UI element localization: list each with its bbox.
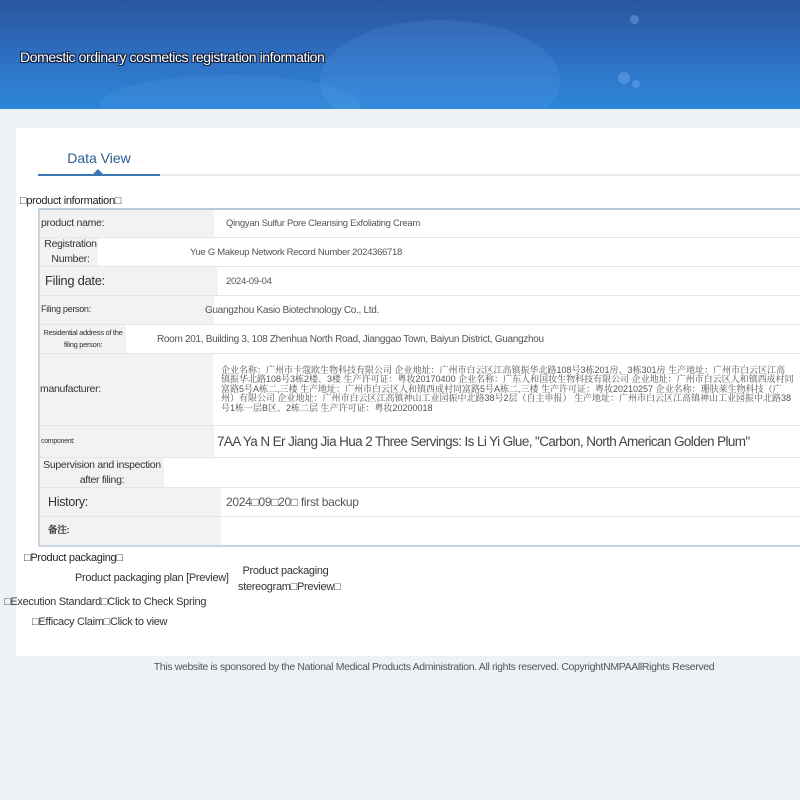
table-row: Supervision and inspection after filing: bbox=[40, 458, 800, 488]
tab-active-indicator bbox=[38, 174, 160, 176]
remarks-value bbox=[221, 517, 800, 545]
residential-address-value: Room 201, Building 3, 108 Zhenhua North … bbox=[157, 325, 800, 353]
row-label: product name: bbox=[40, 210, 214, 237]
table-row: component: 7AA Ya N Er Jiang Jia Hua 2 T… bbox=[40, 426, 800, 458]
table-row: Registration Number: Yue G Makeup Networ… bbox=[40, 238, 800, 267]
product-info-table: product name: Qingyan Sulfur Pore Cleans… bbox=[38, 208, 800, 547]
tab-data-view[interactable]: Data View bbox=[38, 150, 160, 166]
row-label: Filing person: bbox=[40, 296, 214, 324]
registration-number-value: Yue G Makeup Network Record Number 20243… bbox=[190, 238, 800, 266]
row-label: Residential address of the filing person… bbox=[40, 325, 126, 353]
row-label: component: bbox=[40, 426, 214, 457]
table-row: 备注: bbox=[40, 517, 800, 545]
table-row: Filing person: Guangzhou Kasio Biotechno… bbox=[40, 296, 800, 325]
section-product-information: □product information□ bbox=[20, 195, 121, 207]
efficacy-claim-link[interactable]: □Efficacy Claim□Click to view bbox=[32, 616, 167, 628]
table-row: Residential address of the filing person… bbox=[40, 325, 800, 354]
stereogram-line2: stereogram□Preview□ bbox=[238, 579, 333, 595]
page-title: Domestic ordinary cosmetics registration… bbox=[20, 49, 324, 65]
banner-decoration bbox=[632, 80, 640, 88]
footer-copyright: This website is sponsored by the Nationa… bbox=[0, 661, 800, 673]
banner-decoration bbox=[630, 15, 639, 24]
execution-standard-link[interactable]: □Execution Standard□Click to Check Sprin… bbox=[4, 596, 206, 608]
banner-decoration bbox=[320, 20, 560, 109]
manufacturer-value: 企业名称：广州市卡蔻欧生物科技有限公司 企业地址：广州市白云区江高镇振华北路10… bbox=[213, 354, 800, 425]
packaging-plan-preview-link[interactable]: Product packaging plan [Preview] bbox=[75, 572, 229, 584]
history-value: 2024□09□20□ first backup bbox=[221, 488, 800, 516]
table-row: product name: Qingyan Sulfur Pore Cleans… bbox=[40, 210, 800, 238]
table-row: manufacturer: 企业名称：广州市卡蔻欧生物科技有限公司 企业地址：广… bbox=[40, 354, 800, 426]
row-label: Registration Number: bbox=[40, 238, 98, 266]
tab-caret-icon bbox=[93, 169, 103, 174]
row-label: History: bbox=[40, 488, 221, 516]
table-row: History: 2024□09□20□ first backup bbox=[40, 488, 800, 517]
component-value: 7AA Ya N Er Jiang Jia Hua 2 Three Servin… bbox=[214, 426, 800, 457]
header-banner: Domestic ordinary cosmetics registration… bbox=[0, 0, 800, 109]
section-product-packaging: □Product packaging□ bbox=[24, 552, 123, 564]
row-label: Filing date: bbox=[40, 267, 218, 295]
filing-person-value: Guangzhou Kasio Biotechnology Co., Ltd. bbox=[205, 296, 800, 324]
row-label: Supervision and inspection after filing: bbox=[40, 458, 164, 487]
stereogram-line1: Product packaging bbox=[238, 563, 333, 579]
packaging-stereogram-preview-link[interactable]: Product packaging stereogram□Preview□ bbox=[238, 563, 333, 595]
table-row: Filing date: 2024-09-04 bbox=[40, 267, 800, 296]
product-name-value: Qingyan Sulfur Pore Cleansing Exfoliatin… bbox=[214, 210, 800, 237]
supervision-value bbox=[213, 458, 800, 487]
banner-decoration bbox=[618, 72, 630, 84]
filing-date-value: 2024-09-04 bbox=[218, 267, 800, 295]
row-label: manufacturer: bbox=[40, 354, 213, 425]
row-label: 备注: bbox=[40, 517, 221, 545]
